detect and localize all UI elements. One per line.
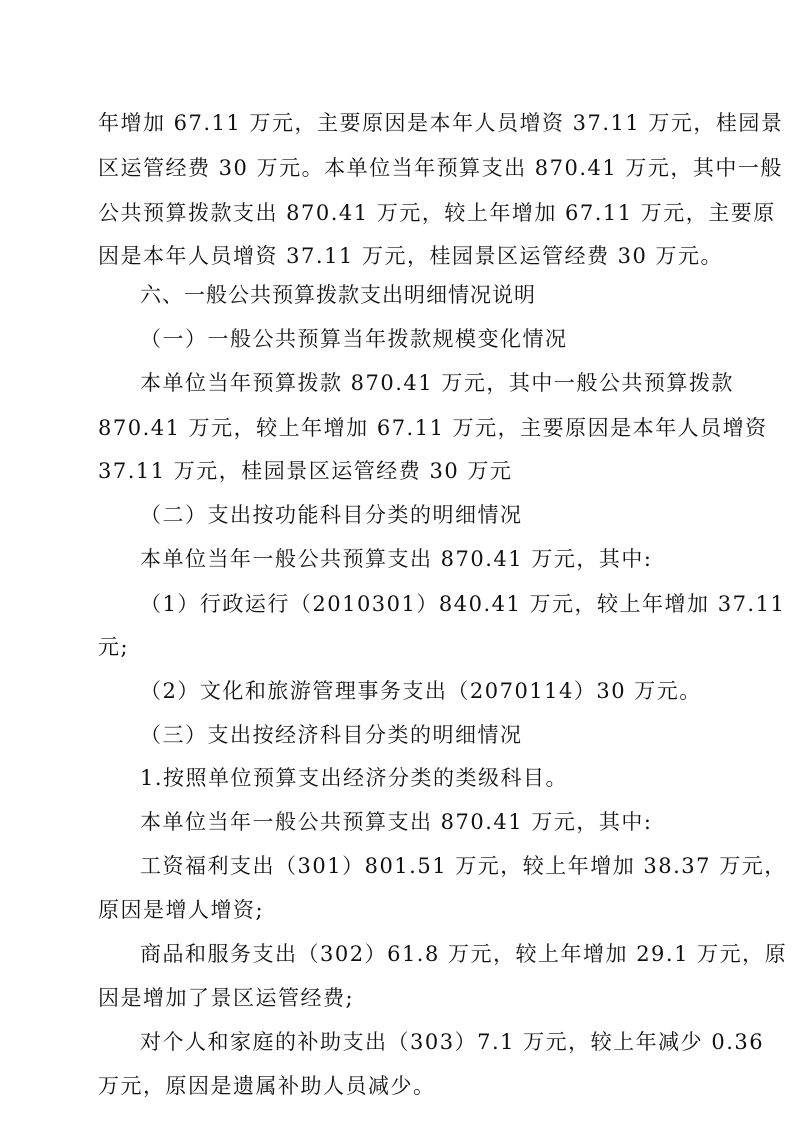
subsection-heading: （一）一般公共预算当年拨款规模变化情况 — [140, 326, 568, 352]
paragraph-line: 因是本年人员增资 37.11 万元，桂园景区运管经费 30 万元。 — [98, 243, 723, 269]
paragraph-line: 本单位当年一般公共预算支出 870.41 万元，其中: — [140, 809, 652, 835]
subsection-heading: （二）支出按功能科目分类的明细情况 — [140, 502, 523, 528]
paragraph-line: 本单位当年一般公共预算支出 870.41 万元，其中: — [140, 546, 652, 572]
section-heading: 六、一般公共预算拨款支出明细情况说明 — [140, 282, 536, 308]
paragraph-line: 本单位当年预算拨款 870.41 万元，其中一般公共预算拨款 — [140, 370, 734, 396]
paragraph-line: 公共预算拨款支出 870.41 万元，较上年增加 67.11 万元，主要原 — [98, 200, 776, 226]
paragraph-line: 37.11 万元，桂园景区运管经费 30 万元 — [98, 458, 512, 484]
paragraph-line: 万元，原因是遗属补助人员减少。 — [98, 1073, 436, 1099]
paragraph-line: 元; — [98, 634, 129, 660]
paragraph-line: 工资福利支出（301）801.51 万元，较上年增加 38.37 万元， — [140, 853, 787, 879]
paragraph-line: 原因是增人增资; — [98, 897, 264, 923]
paragraph-line: 区运管经费 30 万元。本单位当年预算支出 870.41 万元，其中一般 — [98, 155, 783, 181]
subsection-heading: （三）支出按经济科目分类的明细情况 — [140, 722, 523, 748]
paragraph-line: 商品和服务支出（302）61.8 万元，较上年增加 29.1 万元，原 — [140, 941, 787, 967]
list-item: （1）行政运行（2010301）840.41 万元，较上年增加 37.11 万 — [140, 591, 793, 617]
paragraph-line: 对个人和家庭的补助支出（303）7.1 万元，较上年减少 0.36 — [140, 1029, 764, 1055]
paragraph-line: 年增加 67.11 万元，主要原因是本年人员增资 37.11 万元，桂园景 — [98, 110, 783, 136]
list-item: （2）文化和旅游管理事务支出（2070114）30 万元。 — [140, 678, 702, 704]
paragraph-line: 870.41 万元，较上年增加 67.11 万元，主要原因是本年人员增资 — [98, 415, 768, 441]
paragraph-line: 因是增加了景区运管经费; — [98, 985, 354, 1011]
paragraph-line: 1.按照单位预算支出经济分类的类级科目。 — [140, 765, 568, 791]
